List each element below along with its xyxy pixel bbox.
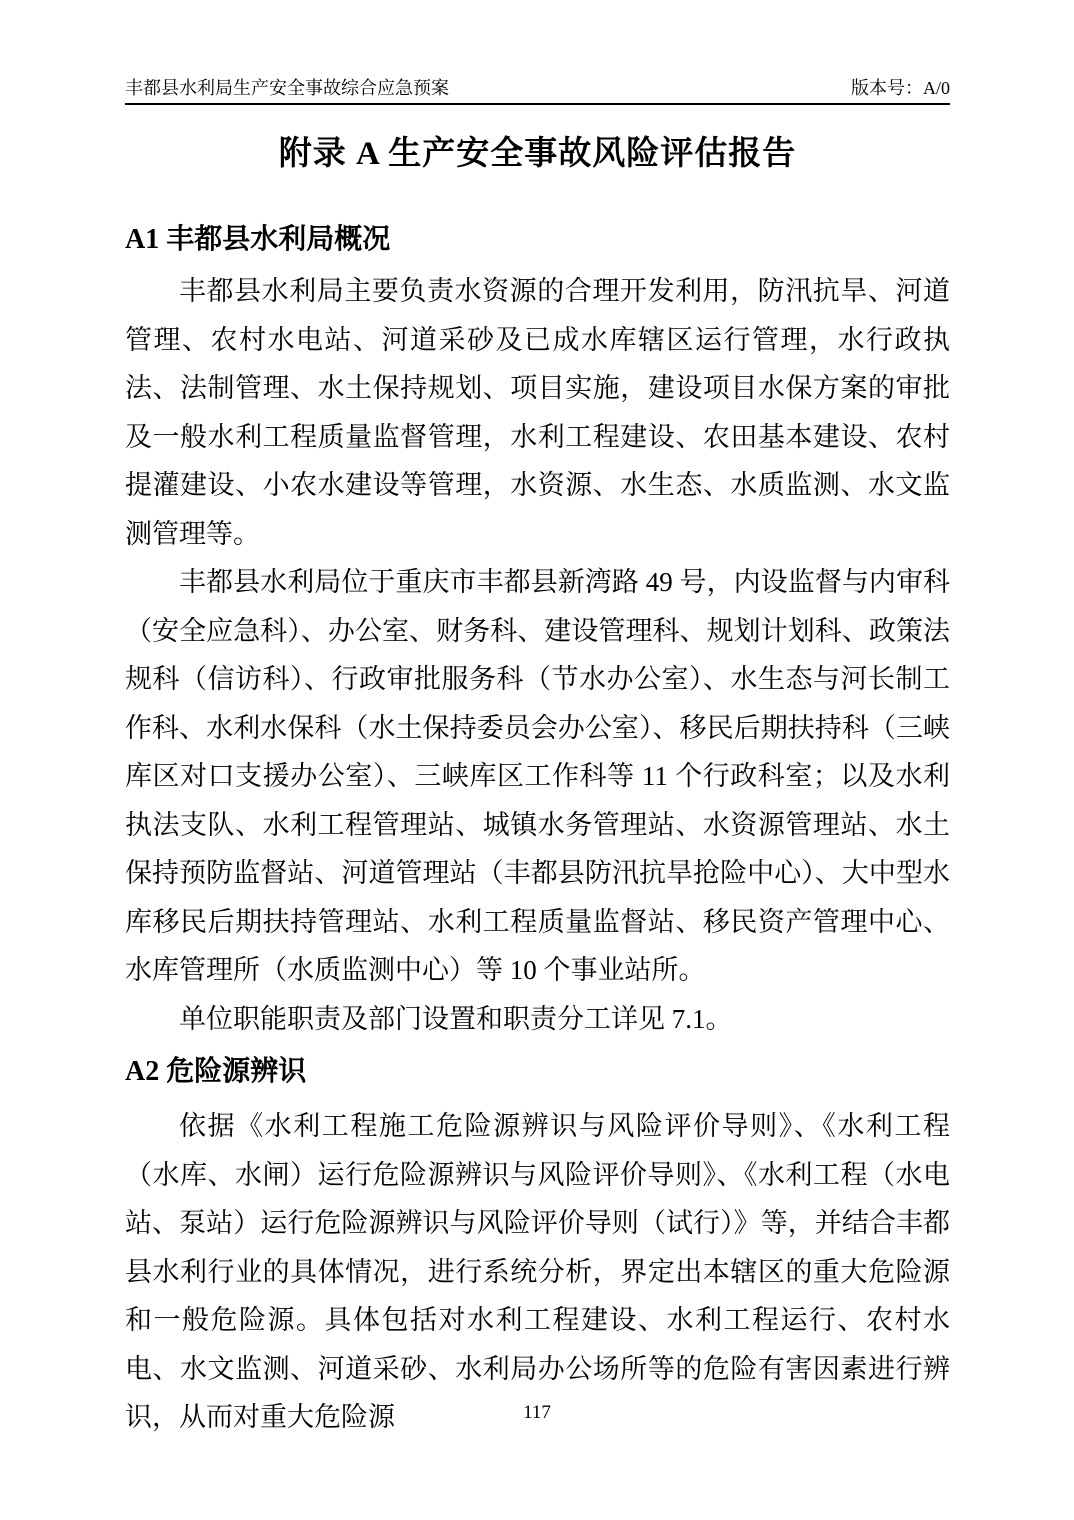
page-header: 丰都县水利局生产安全事故综合应急预案 版本号：A/0 [125, 0, 950, 105]
page-number: 117 [0, 1400, 1074, 1426]
section-heading-a2: A2 危险源辨识 [125, 1055, 950, 1089]
header-document-title: 丰都县水利局生产安全事故综合应急预案 [125, 76, 449, 100]
header-version-label: 版本号：A/0 [851, 76, 950, 100]
appendix-title: 附录 A 生产安全事故风险评估报告 [125, 137, 950, 171]
paragraph-a1-reference: 单位职能职责及部门设置和职责分工详见 7.1。 [125, 995, 950, 1044]
section-heading-a1: A1 丰都县水利局概况 [125, 223, 950, 257]
paragraph-a1-departments: 丰都县水利局位于重庆市丰都县新湾路 49 号，内设监督与内审科（安全应急科）、办… [125, 558, 950, 995]
document-page: 丰都县水利局生产安全事故综合应急预案 版本号：A/0 附录 A 生产安全事故风险… [0, 0, 1074, 1520]
paragraph-a1-overview: 丰都县水利局主要负责水资源的合理开发利用，防汛抗旱、河道管理、农村水电站、河道采… [125, 267, 950, 558]
paragraph-a2-identification: 依据《水利工程施工危险源辨识与风险评价导则》、《水利工程（水库、水闸）运行危险源… [125, 1102, 950, 1442]
